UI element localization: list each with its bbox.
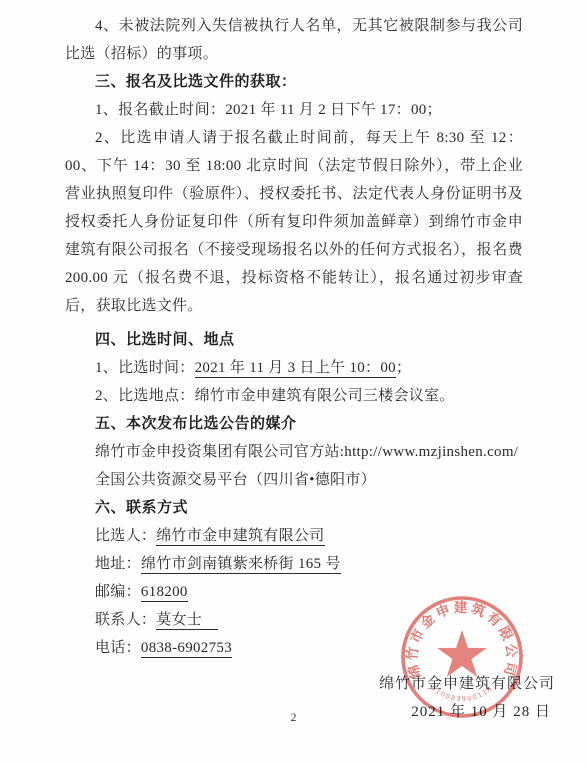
contact-postcode-row: 邮编：618200 (65, 578, 523, 606)
media-official-website: 绵竹市金申投资集团有限公司官方站:http://www.mzjinshen.co… (65, 438, 523, 466)
contact-address-row: 地址：绵竹市剑南镇紫来桥街 165 号 (65, 550, 523, 578)
section-3-heading: 三、报名及比选文件的获取： (65, 68, 523, 96)
bid-time-value: 2021 年 11 月 3 日上午 10：00 (195, 360, 396, 378)
media-public-platform: 全国公共资源交易平台（四川省•德阳市） (65, 466, 523, 494)
contact-phone-row: 电话：0838-6902753 (65, 634, 523, 662)
clause-4-paragraph: 4、未被法院列入失信被执行人名单，无其它被限制参与我公司比选（招标）的事项。 (65, 12, 523, 68)
contact-person-value: 莫女士 (156, 612, 218, 630)
section-4-item-2: 2、比选地点：绵竹市金申建筑有限公司三楼会议室。 (65, 382, 523, 410)
contact-bidder-value: 绵竹市金申建筑有限公司 (156, 528, 324, 546)
section-6-heading: 六、联系方式 (65, 494, 523, 522)
section-4-item-1: 1、比选时间：2021 年 11 月 3 日上午 10：00； (65, 354, 523, 382)
bid-time-punct: ； (396, 360, 411, 376)
bid-time-label: 1、比选时间： (95, 360, 195, 376)
contact-postcode-label: 邮编： (95, 584, 141, 600)
section-3-item-1: 1、报名截止时间：2021 年 11 月 2 日下午 17：00； (65, 96, 523, 124)
contact-bidder-row: 比选人：绵竹市金申建筑有限公司 (65, 522, 523, 550)
contact-address-label: 地址： (95, 556, 141, 572)
document-page: 4、未被法院列入失信被执行人名单，无其它被限制参与我公司比选（招标）的事项。 三… (0, 0, 587, 765)
contact-postcode-value: 618200 (141, 584, 188, 602)
contact-address-value: 绵竹市剑南镇紫来桥街 165 号 (141, 556, 341, 574)
page-number: 2 (0, 710, 587, 725)
contact-bidder-label: 比选人： (95, 528, 156, 544)
contact-person-label: 联系人： (95, 612, 156, 628)
document-content: 4、未被法院列入失信被执行人名单，无其它被限制参与我公司比选（招标）的事项。 三… (65, 12, 523, 726)
signature-company: 绵竹市金申建筑有限公司 (65, 670, 555, 698)
section-5-heading: 五、本次发布比选公告的媒介 (65, 410, 523, 438)
contact-phone-label: 电话： (95, 640, 141, 656)
contact-phone-value: 0838-6902753 (141, 640, 232, 658)
section-4-heading: 四、比选时间、地点 (65, 326, 523, 354)
section-3-item-2: 2、比选申请人请于报名截止时间前，每天上午 8:30 至 12：00、下午 14… (65, 124, 523, 320)
contact-person-row: 联系人：莫女士 (65, 606, 523, 634)
